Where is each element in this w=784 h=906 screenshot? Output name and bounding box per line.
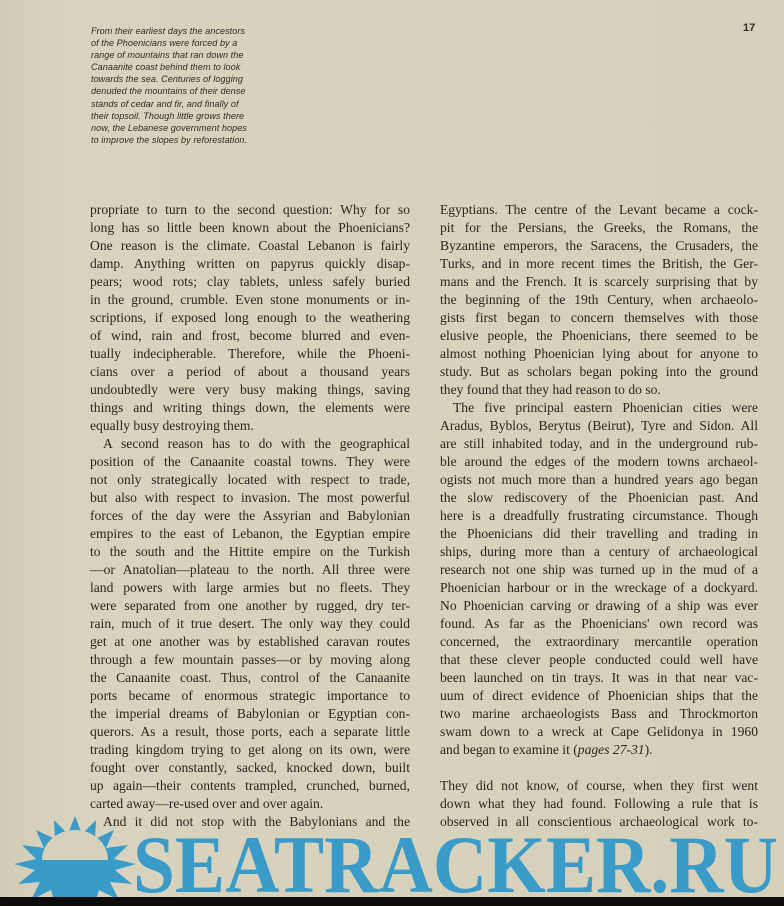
text-line: land powers with large armies but no fle… [90, 579, 410, 597]
text-line: are still inhabited today, and in the un… [440, 435, 758, 453]
text-line: ble around the edges of the modern towns… [440, 453, 758, 471]
text-line: were separated from one another by rugge… [90, 597, 410, 615]
text-line: They did not know, of course, when they … [440, 777, 758, 795]
text-line: but also with respect to invasion. The m… [90, 489, 410, 507]
caption-line: denuded the mountains of their dense [91, 85, 291, 97]
text-fragment: ). [645, 742, 653, 757]
text-line: rain, much of it true desert. The only w… [90, 615, 410, 633]
text-line: swam down to a wreck at Cape Gelidonya i… [440, 723, 758, 741]
left-text-column: propriate to turn to the second question… [90, 201, 410, 831]
text-line: not only strategically located with resp… [90, 471, 410, 489]
text-line: mans and the French. It is scarcely surp… [440, 273, 758, 291]
text-line: observed in all conscientious archaeolog… [440, 813, 758, 831]
text-line: almost nothing Phoenician lying about fo… [440, 345, 758, 363]
page-number: 17 [743, 22, 755, 34]
text-line: the Phoenicians did their travelling and… [440, 525, 758, 543]
text-line: ogists not much more than a hundred year… [440, 471, 758, 489]
text-line: —or Anatolian—plateau to the north. All … [90, 561, 410, 579]
text-line: of wind, rain and frost, become blurred … [90, 327, 410, 345]
caption-line: range of mountains that ran down the [91, 49, 291, 61]
text-line: carted away—re-used over and over again. [90, 795, 410, 813]
text-line: trading kingdom trying to get along on i… [90, 741, 410, 759]
text-line: cians over a period of about a thousand … [90, 363, 410, 381]
text-line: two marine archaeologists Bass and Throc… [440, 705, 758, 723]
text-line: Egyptians. The centre of the Levant beca… [440, 201, 758, 219]
text-line: Byzantine emperors, the Saracens, the Cr… [440, 237, 758, 255]
text-line: One reason is the climate. Coastal Leban… [90, 237, 410, 255]
text-line: in the ground, crumble. Even stone monum… [90, 291, 410, 309]
caption-line: From their earliest days the ancestors [91, 25, 291, 37]
text-line: Aradus, Byblos, Berytus (Beirut), Tyre a… [440, 417, 758, 435]
text-line: research not one ship was turned up in t… [440, 561, 758, 579]
text-line: here is a dreadfully frustrating circums… [440, 507, 758, 525]
text-line: they found that they had reason to do so… [440, 381, 758, 399]
text-line: pit for the Persians, the Greeks, the Ro… [440, 219, 758, 237]
caption-line: towards the sea. Centuries of logging [91, 73, 291, 85]
text-line: through a few mountain passes—or by movi… [90, 651, 410, 669]
text-line: the Canaanite coast. Thus, control of th… [90, 669, 410, 687]
text-line: equally busy destroying them. [90, 417, 410, 435]
text-line: ships, during more than a century of arc… [440, 543, 758, 561]
text-line: study. But as scholars began poking into… [440, 363, 758, 381]
text-line: forces of the day were the Assyrian and … [90, 507, 410, 525]
paragraph-gap [440, 759, 758, 777]
text-line: to the south and the Hittite empire on t… [90, 543, 410, 561]
caption-line: their topsoil. Though little grows there [91, 110, 291, 122]
caption-line: of the Phoenicians were forced by a [91, 37, 291, 49]
text-line: The five principal eastern Phoenician ci… [440, 399, 758, 417]
text-line: uum of direct evidence of Phoenician shi… [440, 687, 758, 705]
text-line: and began to examine it (pages 27-31). [440, 741, 758, 759]
book-page: From their earliest days the ancestors o… [0, 0, 784, 906]
caption-line: Canaanite coast behind them to look [91, 61, 291, 73]
caption-line: now, the Lebanese government hopes [91, 122, 291, 134]
text-fragment: and began to examine it ( [440, 742, 578, 757]
text-line: scriptions, if exposed long enough to th… [90, 309, 410, 327]
photo-caption: From their earliest days the ancestors o… [91, 25, 291, 146]
text-line: damp. Anything written on papyrus quickl… [90, 255, 410, 273]
right-text-column: Egyptians. The centre of the Levant beca… [440, 201, 758, 831]
text-line: querors. As a result, those ports, each … [90, 723, 410, 741]
text-line: propriate to turn to the second question… [90, 201, 410, 219]
page-reference: pages 27-31 [578, 742, 645, 757]
text-line: up again—their contents trampled, crunch… [90, 777, 410, 795]
text-line: the beginning of the 19th Century, when … [440, 291, 758, 309]
text-line: things and writing things down, the elem… [90, 399, 410, 417]
text-line: the slow rediscovery of the Phoenician p… [440, 489, 758, 507]
text-line: tually indecipherable. Therefore, while … [90, 345, 410, 363]
text-line: Phoenician harbour or in the wreckage of… [440, 579, 758, 597]
text-line: position of the Canaanite coastal towns.… [90, 453, 410, 471]
text-line: elusive people, the Phoenicians, there s… [440, 327, 758, 345]
text-line: found. As far as the Phoenicians' own re… [440, 615, 758, 633]
bottom-border [0, 897, 784, 906]
text-line: And it did not stop with the Babylonians… [90, 813, 410, 831]
caption-line: stands of cedar and fir, and finally of [91, 98, 291, 110]
text-line: been launched on tin trays. It was in th… [440, 669, 758, 687]
text-line: fought over constantly, sacked, knocked … [90, 759, 410, 777]
text-line: concerned, the extraordinary mercantile … [440, 633, 758, 651]
text-line: undoubtedly were very busy making things… [90, 381, 410, 399]
text-line: ports became of enormous strategic impor… [90, 687, 410, 705]
text-line: pears; wood rots; clay tablets, unless s… [90, 273, 410, 291]
text-line: Turks, and in more recent times the Brit… [440, 255, 758, 273]
text-line: empires to the east of Lebanon, the Egyp… [90, 525, 410, 543]
text-line: A second reason has to do with the geogr… [90, 435, 410, 453]
text-line: No Phoenician carving or drawing of a sh… [440, 597, 758, 615]
text-line: that these clever people conducted could… [440, 651, 758, 669]
text-line: gists first began to concern themselves … [440, 309, 758, 327]
caption-line: to improve the slopes by reforestation. [91, 134, 291, 146]
text-line: down what they had found. Following a ru… [440, 795, 758, 813]
text-line: the imperial dreams of Babylonian or Egy… [90, 705, 410, 723]
text-line: long has so little been known about the … [90, 219, 410, 237]
text-line: get at one another was by established ca… [90, 633, 410, 651]
